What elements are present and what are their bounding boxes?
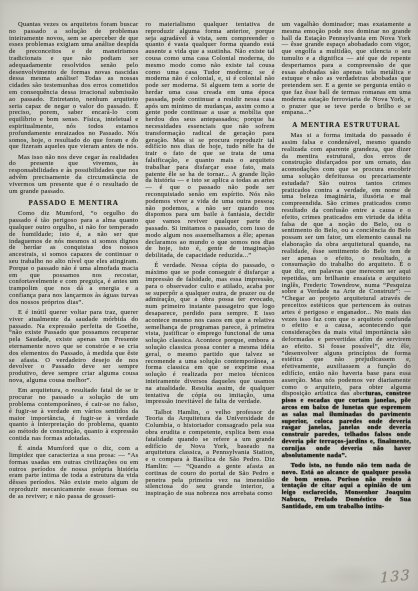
text-run: A MENTIRA ESTRUTURAL	[292, 121, 400, 129]
text-run: Mas si a forma imitada do passado é assi…	[282, 132, 411, 397]
paragraph: Quantas vezes os arquitetos foram buscar…	[9, 22, 138, 151]
text-column-right: um vagalhão dominador; mas exatamente a …	[282, 22, 411, 514]
text-column-left: Quantas vezes os arquitetos foram buscar…	[9, 22, 138, 514]
text-columns: Quantas vezes os arquitetos foram buscar…	[9, 22, 411, 514]
paragraph: É ainda Mumford que o diz, com a limpide…	[9, 446, 138, 500]
paper-smudge	[322, 563, 382, 589]
heavy-ink-text-run: turas, constroe pisos e escadas que cort…	[282, 390, 411, 458]
text-run: Talbot Hamlin, o velho professor de Teor…	[145, 409, 274, 498]
scanned-book-page: Quantas vezes os arquitetos foram buscar…	[0, 0, 418, 591]
text-run: Em arquitetura, o resultado fatal de se …	[9, 387, 138, 442]
paragraph: Talbot Hamlin, o velho professor de Teor…	[145, 410, 274, 498]
paragraph: ro materialismo qualquer tentativa de re…	[145, 22, 274, 260]
text-run: Como diz Mumford, “o orgulho do passado …	[9, 210, 138, 305]
text-run: E é inútil querer voltar para traz, quer…	[9, 309, 138, 384]
paragraph: Mas si a forma imitada do passado é assi…	[282, 133, 411, 459]
paragraph: Em arquitetura, o resultado fatal de se …	[9, 388, 138, 442]
paragraph: Mas isso não nos deve cegar às realidade…	[9, 155, 138, 196]
text-run: Mas isso não nos deve cegar às realidade…	[9, 154, 138, 195]
paragraph: Todo isto, no fundo não tem nada de novo…	[282, 463, 411, 511]
paragraph: É verdade. Nessa cópia do passado, o máx…	[145, 263, 274, 406]
text-run: É verdade. Nessa cópia do passado, o máx…	[145, 262, 274, 405]
text-run: É ainda Mumford que o diz, com a limpide…	[9, 445, 138, 500]
paragraph: Como diz Mumford, “o orgulho do passado …	[9, 211, 138, 306]
section-heading: PASSADO E MENTIRA	[9, 199, 138, 207]
text-run: Todo isto, no fundo não tem nada de novo…	[282, 462, 411, 510]
text-run: um vagalhão dominador; mas exatamente a …	[282, 21, 411, 116]
text-run: PASSADO E MENTIRA	[29, 199, 119, 207]
section-heading: A MENTIRA ESTRUTURAL	[282, 121, 411, 129]
text-run: Quantas vezes os arquitetos foram buscar…	[9, 21, 138, 150]
text-column-middle: ro materialismo qualquer tentativa de re…	[145, 22, 274, 514]
paragraph: E é inútil querer voltar para traz, quer…	[9, 310, 138, 385]
paragraph: um vagalhão dominador; mas exatamente a …	[282, 22, 411, 117]
text-run: ro materialismo qualquer tentativa de re…	[145, 21, 274, 259]
handwritten-page-number: 133	[380, 567, 411, 586]
